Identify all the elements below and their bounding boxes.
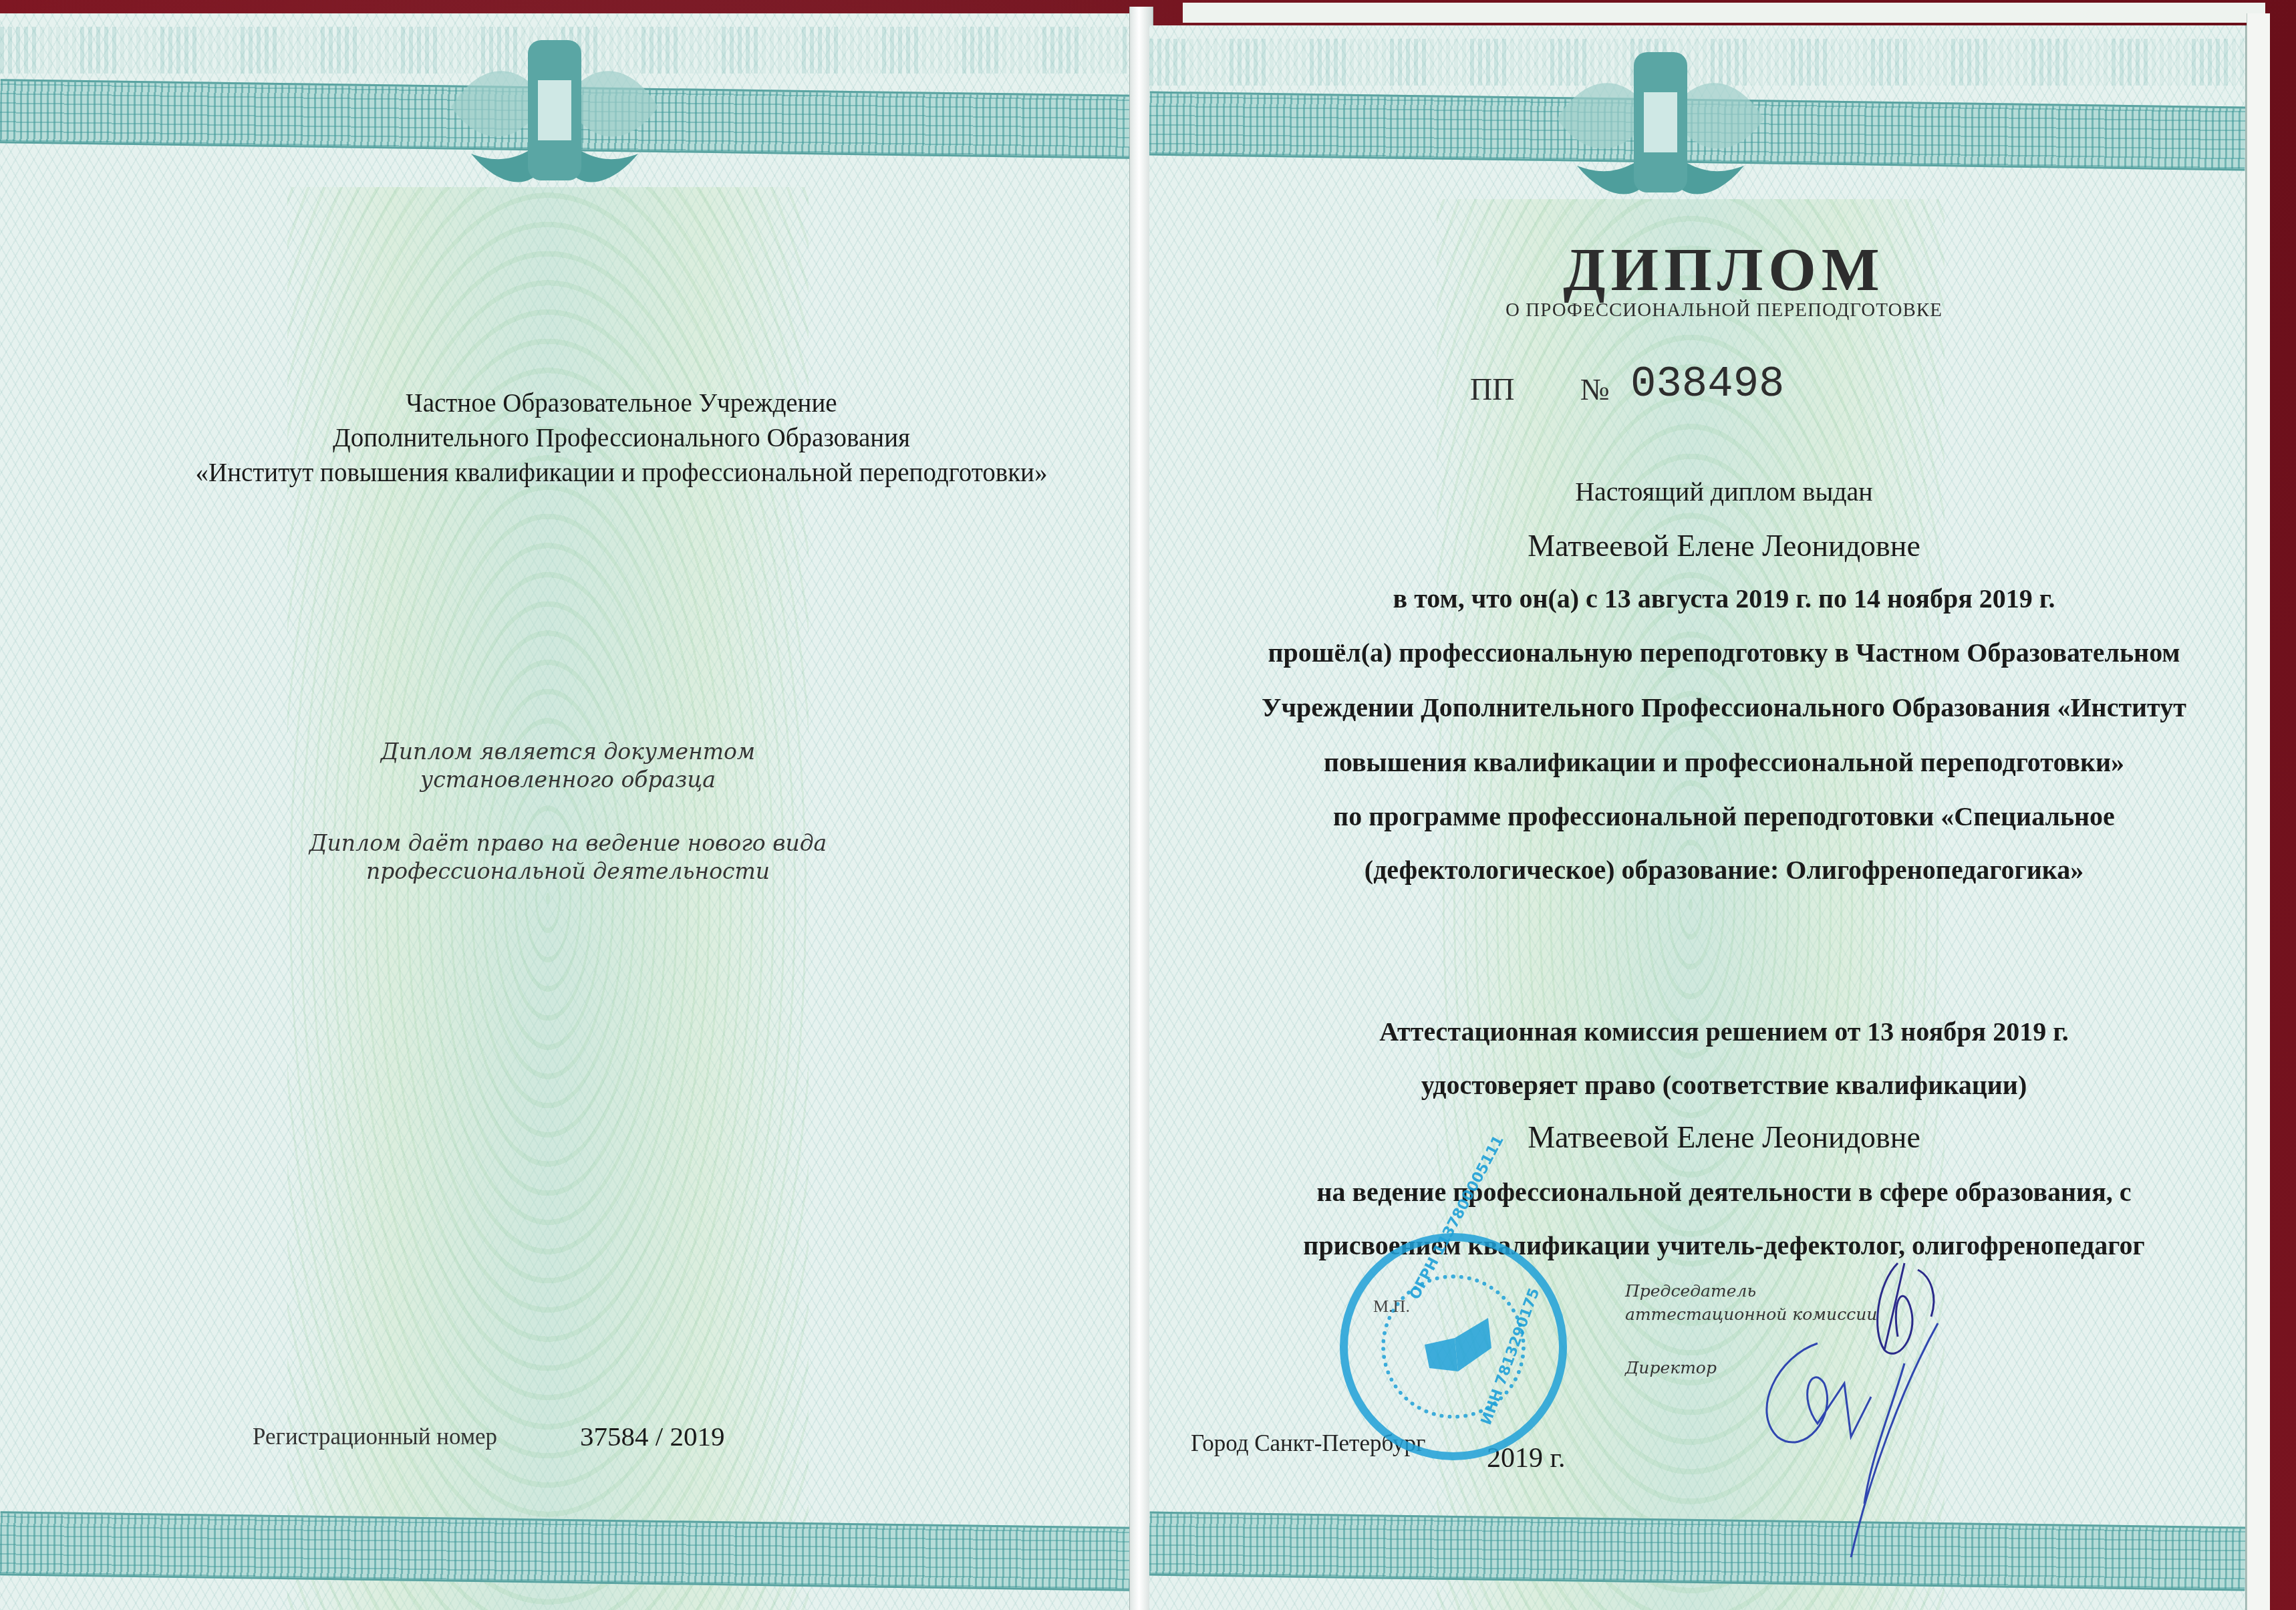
commission-decision: Аттестационная комиссия решением от 13 н… xyxy=(1223,1016,2225,1048)
open-book-icon xyxy=(1421,1315,1495,1375)
study-period: в том, что он(а) с 13 августа 2019 г. по… xyxy=(1256,583,2192,615)
certifies-right: удостоверяет право (соответствие квалифи… xyxy=(1223,1069,2225,1101)
note-1-line-2: установленного образца xyxy=(267,767,869,793)
registration-number: 37584 / 2019 xyxy=(580,1420,724,1452)
issued-to-label: Настоящий диплом выдан xyxy=(1390,476,2058,508)
program-line-1: прошёл(а) профессиональную переподготовк… xyxy=(1189,637,2259,669)
org-line-2: Дополнительного Профессионального Образо… xyxy=(221,422,1022,454)
recipient-name: Матвеевой Елене Леонидовне xyxy=(1356,528,2092,563)
program-line-5: (дефектологическое) образование: Олигофр… xyxy=(1189,854,2259,886)
ribbon-emblem-icon xyxy=(444,27,665,194)
program-line-2: Учреждении Дополнительного Профессиональ… xyxy=(1189,692,2259,724)
diploma-number: 038498 xyxy=(1630,361,1784,409)
note-2-line-1: Диплом даёт право на ведение нового вида xyxy=(234,830,902,857)
number-sign: № xyxy=(1580,372,1610,407)
diploma-title: ДИПЛОМ xyxy=(1524,234,1924,305)
ornament-band-bottom xyxy=(0,1511,1133,1591)
ribbon-emblem-icon xyxy=(1550,39,1771,206)
director-label: Директор xyxy=(1625,1357,1717,1379)
registration-label: Регистрационный номер xyxy=(253,1424,497,1450)
diploma-series: ПП xyxy=(1470,372,1514,407)
stamp-placeholder: М.П. xyxy=(1373,1297,1410,1317)
director-signature xyxy=(1737,1303,1978,1584)
institution-stamp: ОГРН 1137800005111 ИНН 7813290175 xyxy=(1340,1233,1567,1460)
left-page: Частное Образовательное Учреждение Допол… xyxy=(0,13,1133,1610)
interleaf-top xyxy=(1183,3,2265,23)
diploma-subtitle: О ПРОФЕССИОНАЛЬНОЙ ПЕРЕПОДГОТОВКЕ xyxy=(1390,299,2058,321)
chairman-label-line-1: Председатель xyxy=(1625,1280,1756,1303)
note-2-line-2: профессиональной деятельности xyxy=(234,858,902,885)
org-line-3: «Институт повышения квалификации и профе… xyxy=(120,457,1123,489)
ornament-band-bottom xyxy=(1149,1512,2246,1591)
qualification-line-1: на ведение профессиональной деятельности… xyxy=(1189,1176,2259,1208)
program-line-3: повышения квалификации и профессионально… xyxy=(1189,747,2259,779)
qualification-line-2: присвоением квалификации учитель-дефекто… xyxy=(1189,1230,2259,1262)
note-1-line-1: Диплом является документом xyxy=(267,739,869,765)
org-line-1: Частное Образовательное Учреждение xyxy=(321,388,922,420)
recipient-name-repeat: Матвеевой Елене Леонидовне xyxy=(1356,1119,2092,1155)
program-line-4: по программе профессиональной переподгот… xyxy=(1189,801,2259,833)
